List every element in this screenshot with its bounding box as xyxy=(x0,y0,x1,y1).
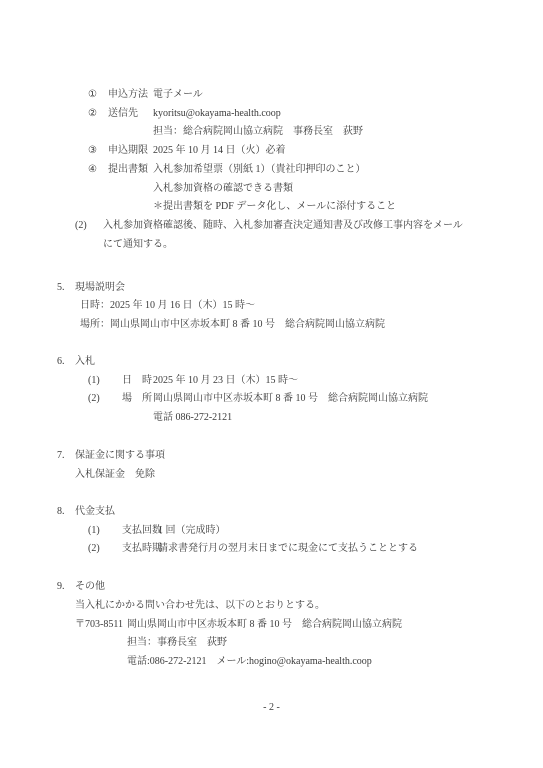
text-line: 8.代金支払 xyxy=(0,505,543,519)
text-line: 入札保証金 免除 xyxy=(0,468,543,482)
text-segment: 保証金に関する事項 xyxy=(75,449,165,462)
text-line: (2)支払時期請求書発行月の翌月末日までに現金にて支払うこととする xyxy=(0,542,543,556)
text-segment: 日 時 xyxy=(122,374,152,387)
text-segment: kyoritsu@okayama-health.coop xyxy=(153,107,281,120)
text-line: ＊提出書類を PDF データ化し、メールに添付すること xyxy=(0,200,543,214)
text-segment: ② xyxy=(88,107,97,120)
text-segment: 2025 年 10 月 14 日（火）必着 xyxy=(153,144,286,157)
text-segment: にて通知する。 xyxy=(103,238,173,251)
text-segment: (1) xyxy=(88,374,100,387)
text-segment: 支払回数 xyxy=(122,524,162,537)
text-line: (1)日 時2025 年 10 月 23 日（木）15 時～ xyxy=(0,374,543,388)
text-segment: 請求書発行月の翌月末日までに現金にて支払うこととする xyxy=(158,542,418,555)
text-segment: 代金支払 xyxy=(75,505,115,518)
text-segment: 場所：岡山県岡山市中区赤坂本町 8 番 10 号 総合病院岡山協立病院 xyxy=(80,318,385,331)
text-line: 場所：岡山県岡山市中区赤坂本町 8 番 10 号 総合病院岡山協立病院 xyxy=(0,318,543,332)
text-segment: 岡山県岡山市中区赤坂本町 8 番 10 号 総合病院岡山協立病院 xyxy=(127,618,402,631)
text-line: 電話:086-272-2121 メール:hogino@okayama-healt… xyxy=(0,655,543,669)
text-segment: 5. xyxy=(57,281,65,294)
text-segment: 岡山県岡山市中区赤坂本町 8 番 10 号 総合病院岡山協立病院 xyxy=(153,392,428,405)
text-segment: 入札参加資格の確認できる書類 xyxy=(153,182,293,195)
text-segment: 入札参加資格確認後、随時、入札参加審査決定通知書及び改修工事内容をメール xyxy=(103,219,463,232)
text-line: 6.入札 xyxy=(0,355,543,369)
document-page: ①申込方法電子メール②送信先kyoritsu@okayama-health.co… xyxy=(0,0,543,768)
text-segment: 担当：総合病院岡山協立病院 事務長室 荻野 xyxy=(153,125,363,138)
text-line: 入札参加資格の確認できる書類 xyxy=(0,182,543,196)
text-segment: 入札参加希望票（別紙 1）（貴社印押印のこと） xyxy=(153,163,366,176)
text-segment: 申込方法 xyxy=(108,88,148,101)
text-segment: 当入札にかかる問い合わせ先は、以下のとおりとする。 xyxy=(75,599,325,612)
text-segment: ① xyxy=(88,88,97,101)
text-segment: 入札保証金 免除 xyxy=(75,468,155,481)
text-segment: 9. xyxy=(57,580,65,593)
page-number: - 2 - xyxy=(0,701,543,714)
text-segment: (1) xyxy=(88,524,100,537)
text-line: 当入札にかかる問い合わせ先は、以下のとおりとする。 xyxy=(0,599,543,613)
text-line: 日時：2025 年 10 月 16 日（木）15 時～ xyxy=(0,299,543,313)
text-line: 電話 086-272-2121 xyxy=(0,411,543,425)
text-segment: 6. xyxy=(57,355,65,368)
text-segment: ④ xyxy=(88,163,97,176)
text-line: にて通知する。 xyxy=(0,238,543,252)
text-segment: ＊提出書類を PDF データ化し、メールに添付すること xyxy=(153,200,396,213)
text-segment: 1 回（完成時） xyxy=(158,524,226,537)
text-segment: (2) xyxy=(75,219,87,232)
text-segment: 現場説明会 xyxy=(75,281,125,294)
text-line: 7.保証金に関する事項 xyxy=(0,449,543,463)
text-segment: 電話:086-272-2121 メール:hogino@okayama-healt… xyxy=(127,655,372,668)
text-line: (2)場 所岡山県岡山市中区赤坂本町 8 番 10 号 総合病院岡山協立病院 xyxy=(0,392,543,406)
text-segment: 電子メール xyxy=(153,88,203,101)
text-line: 5.現場説明会 xyxy=(0,281,543,295)
text-segment: 申込期限 xyxy=(108,144,148,157)
text-segment: 支払時期 xyxy=(122,542,162,555)
text-segment: 送信先 xyxy=(108,107,138,120)
text-line: (1)支払回数1 回（完成時） xyxy=(0,524,543,538)
text-line: ①申込方法電子メール xyxy=(0,88,543,102)
text-line: (2)入札参加資格確認後、随時、入札参加審査決定通知書及び改修工事内容をメール xyxy=(0,219,543,233)
text-segment: 2025 年 10 月 23 日（木）15 時～ xyxy=(153,374,298,387)
text-segment: 7. xyxy=(57,449,65,462)
text-segment: 〒703-8511 xyxy=(75,618,123,631)
text-segment: 8. xyxy=(57,505,65,518)
text-segment: 担当：事務長室 荻野 xyxy=(127,636,227,649)
text-segment: 日時：2025 年 10 月 16 日（木）15 時～ xyxy=(80,299,255,312)
text-segment: (2) xyxy=(88,542,100,555)
text-line: ③申込期限2025 年 10 月 14 日（火）必着 xyxy=(0,144,543,158)
text-line: 9.その他 xyxy=(0,580,543,594)
text-segment: 電話 086-272-2121 xyxy=(153,411,232,424)
text-segment: ③ xyxy=(88,144,97,157)
text-segment: (2) xyxy=(88,392,100,405)
text-segment: その他 xyxy=(75,580,105,593)
text-line: 担当：事務長室 荻野 xyxy=(0,636,543,650)
text-line: ④提出書類入札参加希望票（別紙 1）（貴社印押印のこと） xyxy=(0,163,543,177)
text-line: 担当：総合病院岡山協立病院 事務長室 荻野 xyxy=(0,125,543,139)
text-line: 〒703-8511岡山県岡山市中区赤坂本町 8 番 10 号 総合病院岡山協立病… xyxy=(0,618,543,632)
text-segment: 場 所 xyxy=(122,392,152,405)
text-segment: 入札 xyxy=(75,355,95,368)
text-line: ②送信先kyoritsu@okayama-health.coop xyxy=(0,107,543,121)
text-segment: 提出書類 xyxy=(108,163,148,176)
